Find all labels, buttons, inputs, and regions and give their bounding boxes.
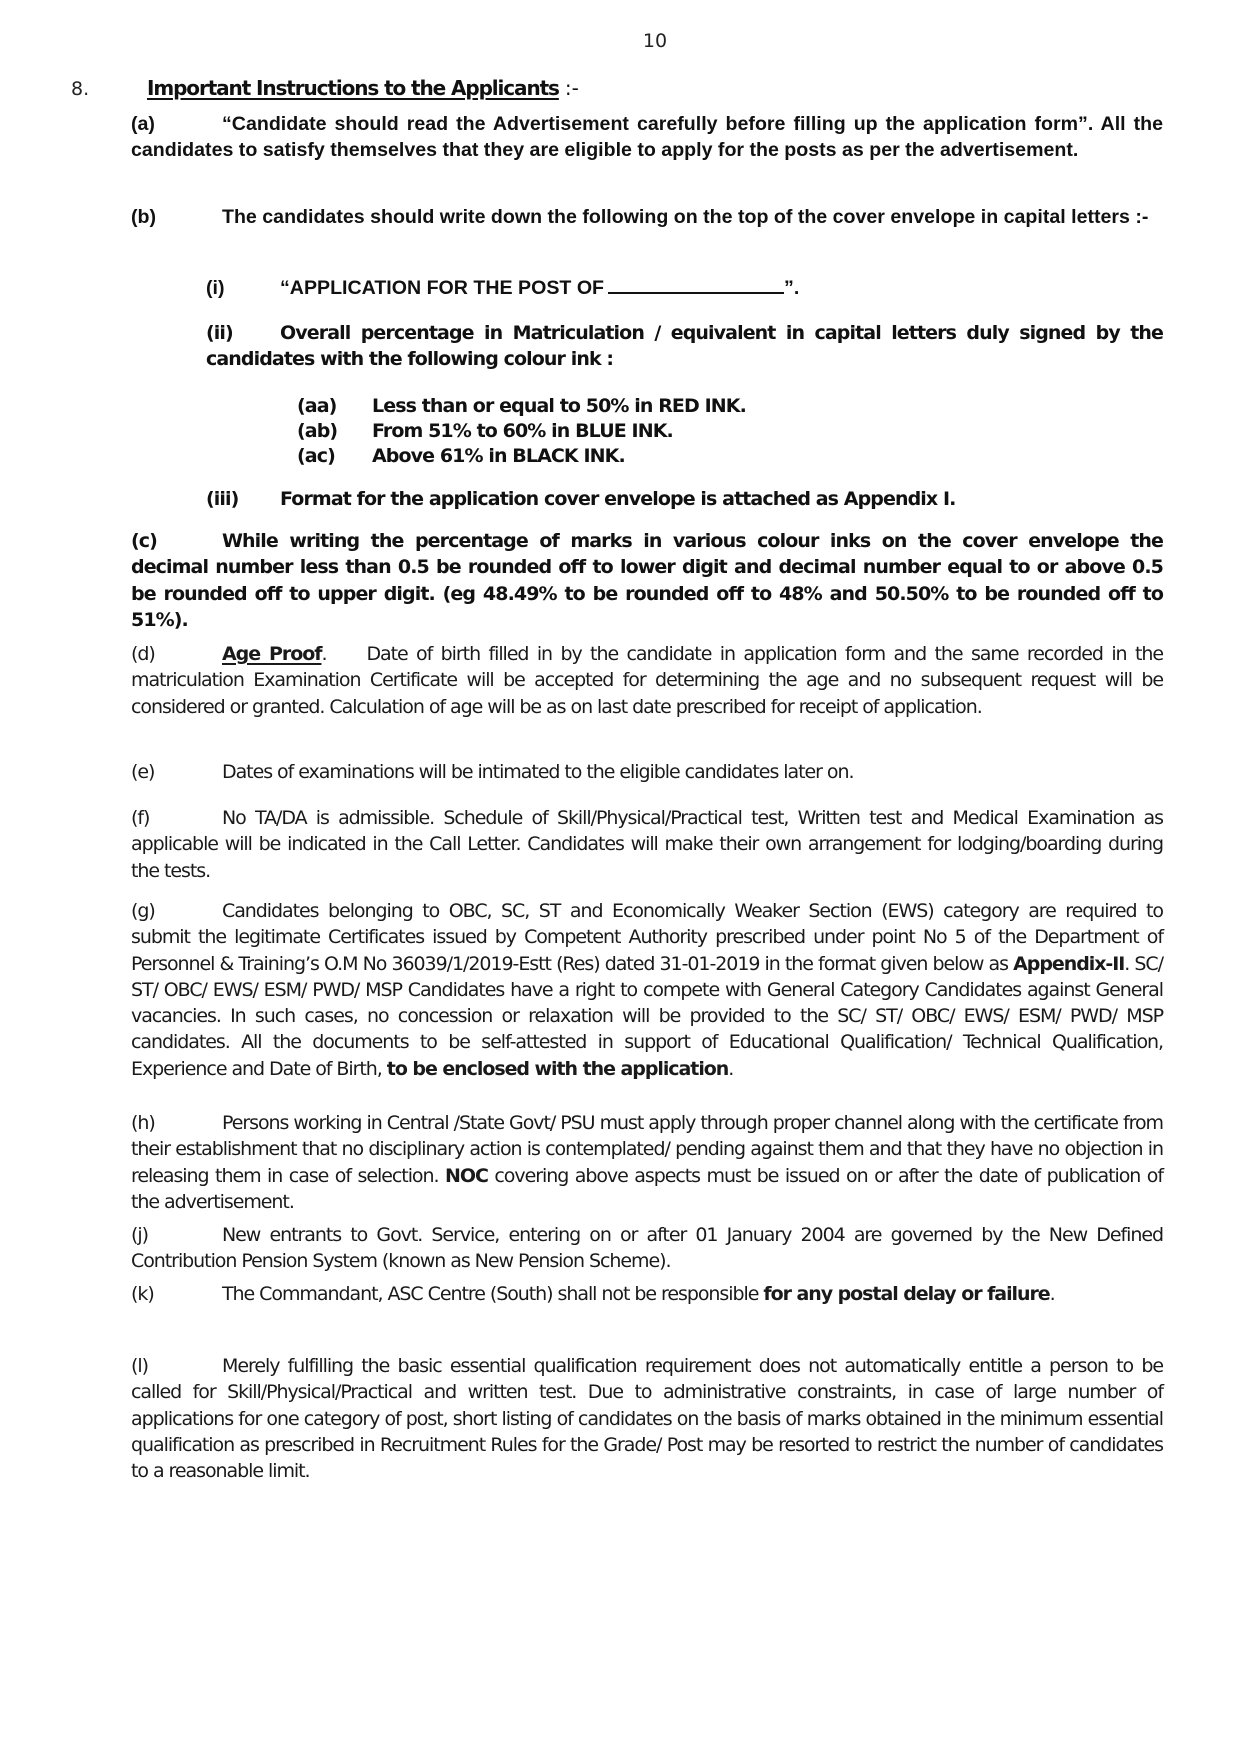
instruction-b-i: (i)“APPLICATION FOR THE POST OF”. [206, 274, 1163, 301]
ink-option-ac: (ac)Above 61% in BLACK INK. [297, 443, 1163, 469]
instruction-b-iii: (iii)Format for the application cover en… [206, 486, 1163, 512]
item-text: While writing the percentage of marks in… [131, 530, 1163, 631]
instruction-b: (b)The candidates should write down the … [131, 204, 1163, 230]
item-text: The Commandant, ASC Centre (South) shall… [222, 1283, 758, 1305]
item-label: (l) [131, 1353, 222, 1379]
instruction-g: (g)Candidates belonging to OBC, SC, ST a… [131, 898, 1163, 1082]
item-label: (g) [131, 898, 222, 924]
instruction-d: (d)Age Proof.Date of birth filled in by … [131, 641, 1163, 720]
ink-option-ab: (ab)From 51% to 60% in BLUE INK. [297, 418, 1163, 444]
item-label: (h) [131, 1110, 222, 1136]
page-number: 10 [630, 30, 680, 52]
item-text: Less than or equal to 50% in RED INK. [372, 395, 746, 417]
age-proof-title-suffix: . [321, 643, 326, 665]
item-text: Dates of examinations will be intimated … [222, 761, 853, 783]
item-text: Overall percentage in Matriculation / eq… [206, 322, 1163, 370]
item-text: No TA/DA is admissible. Schedule of Skil… [131, 807, 1163, 882]
instruction-b-ii: (ii)Overall percentage in Matriculation … [206, 320, 1163, 373]
instruction-c: (c)While writing the percentage of marks… [131, 528, 1163, 633]
item-label: (j) [131, 1222, 222, 1248]
section-title-suffix: :- [565, 76, 579, 100]
item-text: From 51% to 60% in BLUE INK. [372, 420, 673, 442]
postal-delay-note: for any postal delay or failure [763, 1283, 1049, 1305]
item-label: (k) [131, 1281, 222, 1307]
item-label: (aa) [297, 393, 372, 419]
item-label: (e) [131, 759, 222, 785]
item-text: . [1050, 1283, 1055, 1305]
item-text: Format for the application cover envelop… [280, 488, 955, 510]
item-label: (b) [131, 204, 222, 230]
item-text: New entrants to Govt. Service, entering … [131, 1224, 1163, 1272]
instruction-a: (a)“Candidate should read the Advertisem… [131, 111, 1163, 164]
item-label: (ac) [297, 443, 372, 469]
item-label: (i) [206, 275, 280, 301]
instruction-l: (l)Merely fulfilling the basic essential… [131, 1353, 1163, 1484]
item-text: “Candidate should read the Advertisement… [131, 113, 1163, 161]
item-label: (iii) [206, 486, 280, 512]
item-label: (c) [131, 528, 222, 554]
item-text: . [728, 1058, 733, 1080]
section-number: 8. [71, 78, 89, 100]
instruction-f: (f)No TA/DA is admissible. Schedule of S… [131, 805, 1163, 884]
item-label: (ii) [206, 320, 280, 346]
item-text: “APPLICATION FOR THE POST OF [280, 277, 604, 299]
section-title: Important Instructions to the Applicants [147, 76, 559, 100]
item-text: The candidates should write down the fol… [222, 206, 1148, 228]
age-proof-title: Age Proof [222, 643, 321, 665]
ink-option-aa: (aa)Less than or equal to 50% in RED INK… [297, 393, 1163, 419]
item-text: Merely fulfilling the basic essential qu… [131, 1355, 1163, 1482]
section-heading: Important Instructions to the Applicants… [147, 76, 579, 100]
instruction-e: (e)Dates of examinations will be intimat… [131, 759, 1163, 785]
item-text: Candidates belonging to OBC, SC, ST and … [131, 900, 1163, 975]
enclosure-note: to be enclosed with the application [387, 1058, 728, 1080]
post-name-blank [608, 274, 784, 294]
item-label: (d) [131, 641, 222, 667]
item-text-after: ”. [784, 277, 799, 299]
item-label: (f) [131, 805, 222, 831]
item-label: (a) [131, 111, 222, 137]
item-text: Above 61% in BLACK INK. [372, 445, 625, 467]
item-label: (ab) [297, 418, 372, 444]
instruction-h: (h)Persons working in Central /State Gov… [131, 1110, 1163, 1215]
appendix-ii-ref: Appendix-II [1013, 953, 1124, 975]
noc-term: NOC [445, 1165, 488, 1187]
instruction-k: (k)The Commandant, ASC Centre (South) sh… [131, 1281, 1163, 1307]
document-page: 10 8. Important Instructions to the Appl… [0, 0, 1241, 1754]
instruction-j: (j)New entrants to Govt. Service, enteri… [131, 1222, 1163, 1275]
